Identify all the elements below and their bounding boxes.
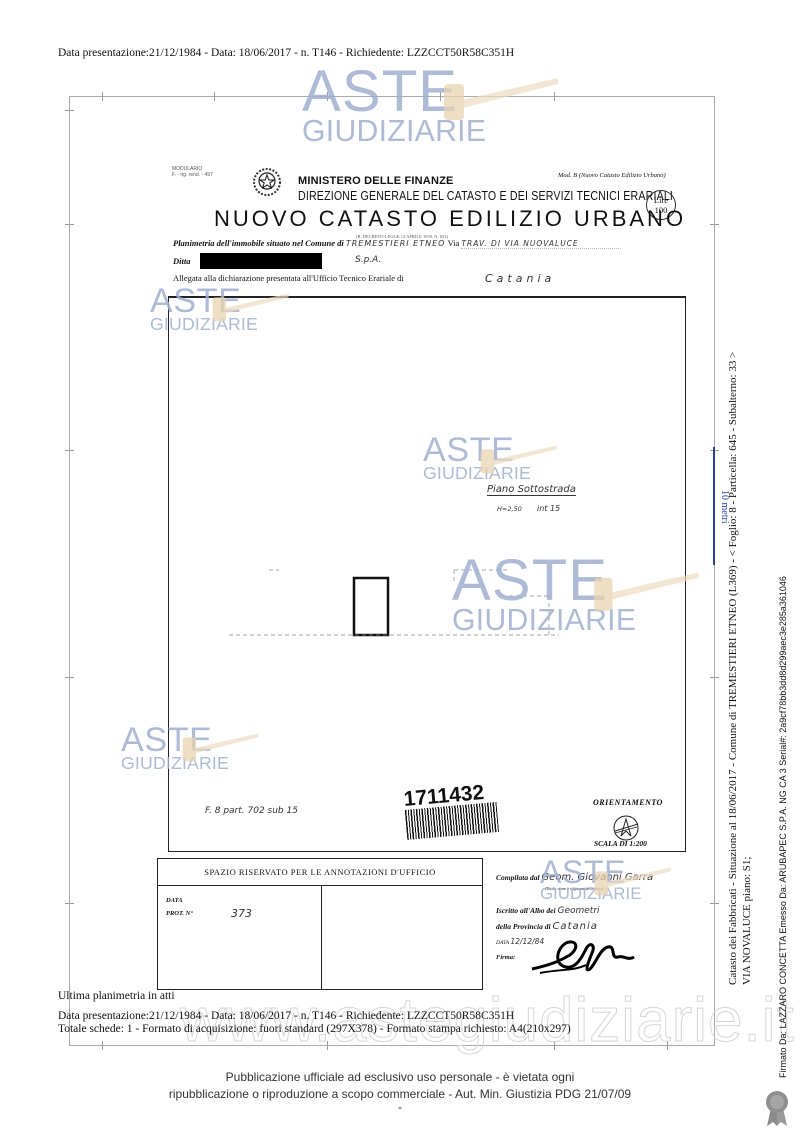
provincia-value: Catania xyxy=(552,921,597,932)
reserved-title: SPAZIO RISERVATO PER LE ANNOTAZIONI D'UF… xyxy=(158,859,482,886)
barcode-stamp: 1711432 xyxy=(403,782,499,840)
lire-label: Lire xyxy=(654,195,668,205)
ditta-label: Ditta xyxy=(173,256,190,266)
planimetria-row: Planimetria dell'immobile situato nel Co… xyxy=(173,238,621,249)
reference-note: F. 8 part. 702 sub 15 xyxy=(205,806,298,816)
italian-republic-emblem-icon xyxy=(251,166,283,198)
height-note: H=2,50 xyxy=(497,505,522,513)
publication-notice-line-3: - xyxy=(0,1100,800,1114)
redacted-owner-name xyxy=(200,253,322,269)
compilata-label: Compilata dal xyxy=(496,873,540,882)
handwritten-signature-icon xyxy=(530,935,640,982)
gavel-icon xyxy=(440,70,560,130)
via-label: Via xyxy=(448,238,460,248)
provincia-label: della Provincia di xyxy=(496,922,551,931)
comune-value: TREMESTIERI ETNEO xyxy=(346,239,446,248)
direzione-heading: DIREZIONE GENERALE DEL CATASTO E DEI SER… xyxy=(298,189,673,203)
iscritto-row: Iscritto all'Albo dei Geometri xyxy=(496,906,600,916)
gavel-icon xyxy=(478,440,558,480)
mod-b-label: Mod. B (Nuovo Catasto Edilizio Urbano) xyxy=(558,172,666,179)
publication-notice-line-1: Pubblicazione ufficiale ad esclusivo uso… xyxy=(0,1070,800,1084)
provincia-row: della Provincia di Catania xyxy=(496,921,598,932)
scale-label: SCALA DI 1:200 xyxy=(594,839,647,848)
gavel-icon xyxy=(210,288,290,328)
interno-note: int 15 xyxy=(537,504,560,513)
header-info-line: Data presentazione:21/12/1984 - Data: 18… xyxy=(58,47,514,59)
footer-line-1: Data presentazione:21/12/1984 - Data: 18… xyxy=(58,1010,514,1022)
floor-label: Piano Sottostrada xyxy=(487,484,576,496)
side-catasto-line: Catasto dei Fabbricati - Situazione al 1… xyxy=(727,352,739,985)
form-title: NUOVO CATASTO EDILIZIO URBANO xyxy=(214,206,686,232)
ultima-planimetria: Ultima planimetria in atti xyxy=(58,990,175,1002)
gavel-icon xyxy=(180,728,260,768)
footer-line-2: Totale schede: 1 - Formato di acquisizio… xyxy=(58,1023,571,1035)
gavel-icon xyxy=(588,565,703,620)
ditta-value: S.p.A. xyxy=(355,255,381,265)
firma-label: Firma: xyxy=(496,954,515,961)
digital-signature-line: Firmato Da: LAZZARO CONCETTA Emesso Da: … xyxy=(778,576,788,1078)
modulario-code: MODULARIO F. - rig. rend. - 497 xyxy=(172,166,213,178)
prot-value: 373 xyxy=(231,907,252,920)
ufficio-value: Catania xyxy=(485,272,555,285)
iscritto-value: Geometri xyxy=(557,906,599,916)
via-value: TRAV. DI VIA NUOVALUCE xyxy=(461,239,621,249)
publication-notice-line-2: ripubblicazione o riproduzione a scopo c… xyxy=(0,1087,800,1101)
iscritto-label: Iscritto all'Albo dei xyxy=(496,906,556,915)
prot-label: PROT. N° xyxy=(166,910,193,917)
compilata-date-label: DATA xyxy=(496,940,509,946)
orientamento-label: ORIENTAMENTO xyxy=(593,798,663,807)
planimetria-label: Planimetria dell'immobile situato nel Co… xyxy=(173,238,344,248)
gavel-icon xyxy=(592,862,672,902)
ministero-heading: MINISTERO DELLE FINANZE xyxy=(298,175,454,187)
scale-bar xyxy=(713,447,715,565)
data-label: DATA xyxy=(166,897,183,904)
office-annotations-box: SPAZIO RISERVATO PER LE ANNOTAZIONI D'UF… xyxy=(157,858,483,990)
side-address-line: VIA NOVALUCE piano: S1; xyxy=(741,857,753,985)
